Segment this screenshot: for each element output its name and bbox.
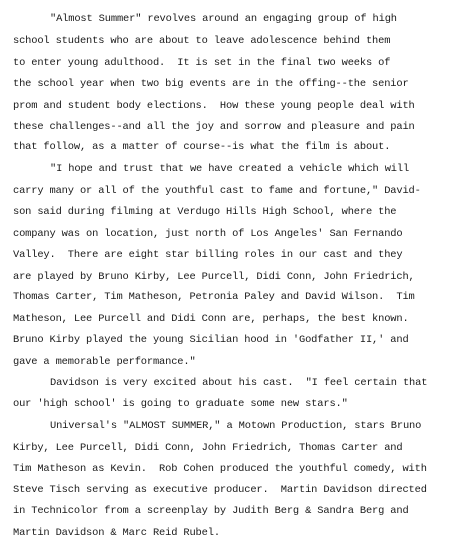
text-line: prom and student body elections. How the… bbox=[13, 100, 415, 112]
text-line: in Technicolor from a screenplay by Judi… bbox=[13, 505, 409, 517]
text-line: Universal's "ALMOST SUMMER," a Motown Pr… bbox=[50, 420, 421, 432]
text-line: the school year when two big events are … bbox=[13, 78, 409, 90]
text-line: Steve Tisch serving as executive produce… bbox=[13, 484, 427, 496]
text-line: Davidson is very excited about his cast.… bbox=[50, 377, 427, 389]
text-line: Kirby, Lee Purcell, Didi Conn, John Frie… bbox=[13, 442, 402, 454]
text-line: school students who are about to leave a… bbox=[13, 35, 390, 47]
text-line: company was on location, just north of L… bbox=[13, 228, 402, 240]
text-line: Martin Davidson & Marc Reid Rubel. bbox=[13, 527, 220, 539]
document-page: "Almost Summer" revolves around an engag… bbox=[0, 0, 464, 550]
text-line: "Almost Summer" revolves around an engag… bbox=[50, 13, 397, 25]
text-line: Valley. There are eight star billing rol… bbox=[13, 249, 402, 261]
text-line: these challenges--and all the joy and so… bbox=[13, 121, 415, 133]
text-line: Tim Matheson as Kevin. Rob Cohen produce… bbox=[13, 463, 427, 475]
text-line: carry many or all of the youthful cast t… bbox=[13, 185, 421, 197]
text-line: that follow, as a matter of course--is w… bbox=[13, 141, 390, 153]
text-line: our 'high school' is going to graduate s… bbox=[13, 398, 348, 410]
text-line: son said during filming at Verdugo Hills… bbox=[13, 206, 396, 218]
text-line: are played by Bruno Kirby, Lee Purcell, … bbox=[13, 271, 415, 283]
text-line: gave a memorable performance." bbox=[13, 356, 196, 368]
text-line: Matheson, Lee Purcell and Didi Conn are,… bbox=[13, 313, 409, 325]
text-line: "I hope and trust that we have created a… bbox=[50, 163, 409, 175]
text-line: Thomas Carter, Tim Matheson, Petronia Pa… bbox=[13, 291, 415, 303]
text-line: Bruno Kirby played the young Sicilian ho… bbox=[13, 334, 409, 346]
text-line: to enter young adulthood. It is set in t… bbox=[13, 57, 390, 69]
